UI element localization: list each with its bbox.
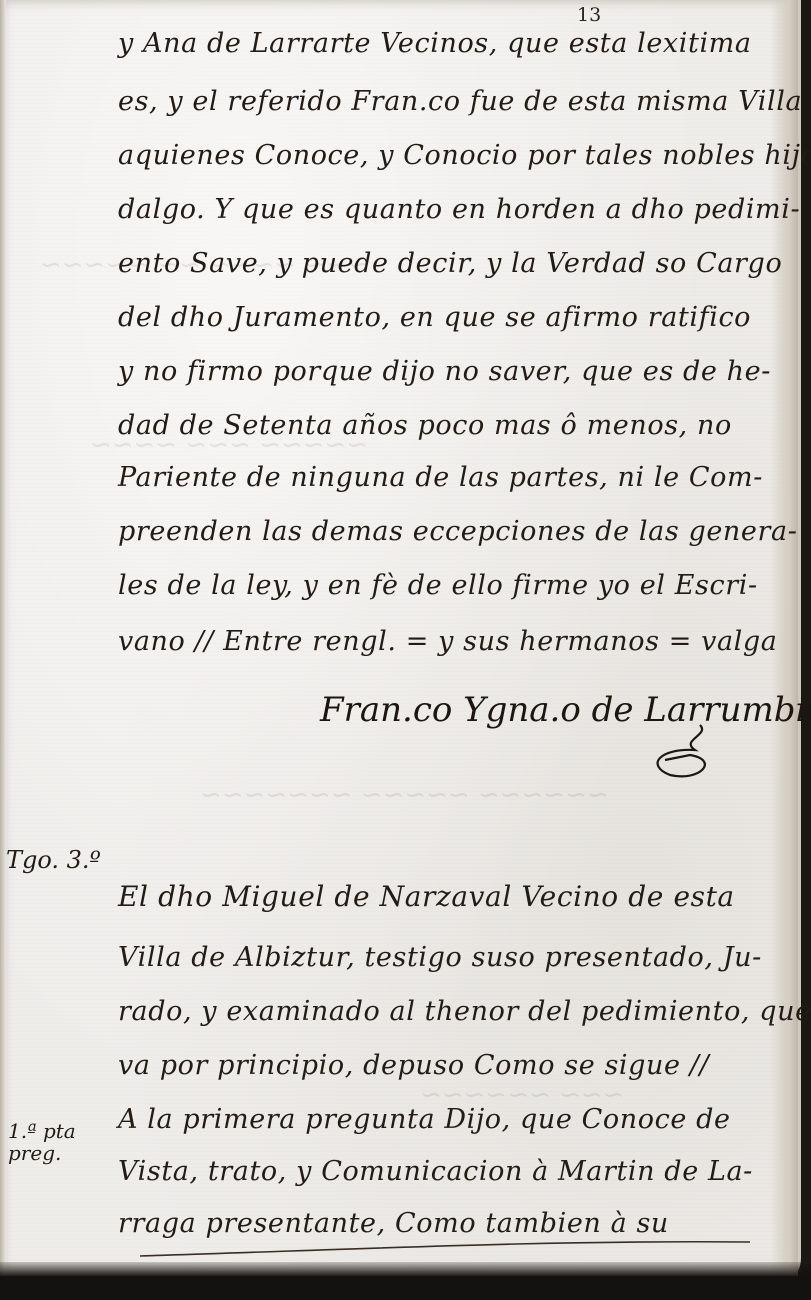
text-line: aquienes Conoce, y Conocio por tales nob… <box>118 140 811 171</box>
witness-margin-label: Tgo. 3.º <box>6 846 101 874</box>
notary-signature: Fran.co Ygna.o de Larrumbide <box>320 690 811 730</box>
text-line: preenden las demas eccepciones de las ge… <box>118 516 797 547</box>
text-line: rado, y examinado al thenor del pedimien… <box>118 996 811 1027</box>
text-line: Pariente de ninguna de las partes, ni le… <box>118 462 763 493</box>
bleed-through-mark: ~~~~~~ ~~~~~ ~~~~~~~ <box>200 780 609 810</box>
folio-number: 13 <box>577 4 601 26</box>
closing-flourish-line <box>140 1232 760 1262</box>
text-line: ento Save, y puede decir, y la Verdad so… <box>118 248 782 279</box>
text-line: del dho Juramento, en que se afirmo rati… <box>118 302 751 333</box>
question-margin-label: 1.ª pta preg. <box>8 1120 108 1164</box>
text-line: dad de Setenta años poco mas ô menos, no <box>118 410 732 441</box>
signature-rubric-flourish <box>640 720 720 780</box>
text-line: El dho Miguel de Narzaval Vecino de esta <box>118 880 735 913</box>
text-line: va por principio, depuso Como se sigue /… <box>118 1050 709 1081</box>
text-line: les de la ley, y en fè de ello firme yo … <box>118 570 758 601</box>
text-line: Vista, trato, y Comunicacion à Martin de… <box>118 1156 753 1187</box>
text-line: Villa de Albiztur, testigo suso presenta… <box>118 942 762 973</box>
text-line: es, y el referido Fran.co fue de esta mi… <box>118 86 802 117</box>
scan-background-edge <box>0 1262 811 1300</box>
text-line: vano // Entre rengl. = y sus hermanos = … <box>118 626 777 657</box>
text-line: y Ana de Larrarte Vecinos, que esta lexi… <box>118 28 752 59</box>
manuscript-page: ~~~ ~~~~ ~~ ~~~~~ ~~~~~ ~~~ ~~~~ ~~~~~~ … <box>0 0 801 1276</box>
text-line: A la primera pregunta Dijo, que Conoce d… <box>118 1104 731 1135</box>
page-left-edge <box>0 0 6 1276</box>
text-line: dalgo. Y que es quanto en horden a dho p… <box>118 194 800 225</box>
text-line: y no firmo porque dijo no saver, que es … <box>118 356 771 387</box>
